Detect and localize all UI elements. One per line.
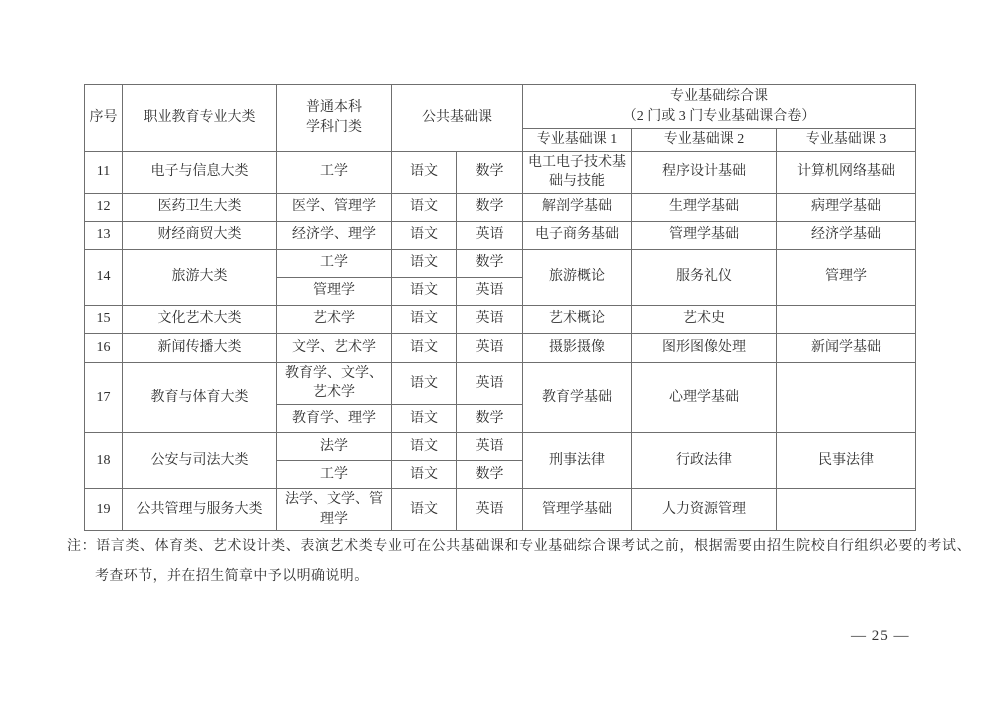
cell-course2: 人力资源管理 [632,488,777,530]
cell-course1: 电子商务基础 [523,221,632,249]
cell-course2: 行政法律 [632,432,777,488]
cell-public2: 英语 [457,305,523,333]
cell-public1: 语文 [392,249,457,277]
cell-public2: 英语 [457,221,523,249]
table-row: 13 财经商贸大类 经济学、理学 语文 英语 电子商务基础 管理学基础 经济学基… [85,221,916,249]
cell-public1: 语文 [392,460,457,488]
cell-course1: 管理学基础 [523,488,632,530]
cell-course2: 程序设计基础 [632,151,777,193]
cell-discipline: 经济学、理学 [277,221,392,249]
cell-course3 [777,362,916,432]
header-discipline: 普通本科 学科门类 [277,85,392,152]
cell-course1: 教育学基础 [523,362,632,432]
footnote: 注：语言类、体育类、艺术设计类、表演艺术类专业可在公共基础课和专业基础综合课考试… [67,532,971,592]
cell-course1: 电工电子技术基础与技能 [523,151,632,193]
cell-discipline: 法学、文学、管理学 [277,488,392,530]
cell-public1: 语文 [392,151,457,193]
cell-course3: 民事法律 [777,432,916,488]
cell-public2: 英语 [457,333,523,362]
cell-course3: 病理学基础 [777,193,916,221]
cell-public2: 数学 [457,151,523,193]
cell-discipline: 文学、艺术学 [277,333,392,362]
cell-public2: 数学 [457,404,523,432]
cell-discipline: 艺术学 [277,305,392,333]
cell-course2: 服务礼仪 [632,249,777,305]
cell-course3: 新闻学基础 [777,333,916,362]
cell-course1: 艺术概论 [523,305,632,333]
cell-discipline: 医学、管理学 [277,193,392,221]
cell-seq: 11 [85,151,123,193]
cell-seq: 16 [85,333,123,362]
table-row: 16 新闻传播大类 文学、艺术学 语文 英语 摄影摄像 图形图像处理 新闻学基础 [85,333,916,362]
header-sub3: 专业基础课 3 [777,129,916,152]
cell-seq: 17 [85,362,123,432]
cell-category: 旅游大类 [123,249,277,305]
cell-category: 公安与司法大类 [123,432,277,488]
cell-public2: 数学 [457,249,523,277]
table-row: 11 电子与信息大类 工学 语文 数学 电工电子技术基础与技能 程序设计基础 计… [85,151,916,193]
cell-seq: 12 [85,193,123,221]
table-row: 14 旅游大类 工学 语文 数学 旅游概论 服务礼仪 管理学 [85,249,916,277]
cell-course2: 艺术史 [632,305,777,333]
cell-course3: 经济学基础 [777,221,916,249]
cell-discipline: 管理学 [277,277,392,305]
cell-category: 公共管理与服务大类 [123,488,277,530]
cell-course2: 生理学基础 [632,193,777,221]
cell-discipline: 教育学、文学、艺术学 [277,362,392,404]
header-seq: 序号 [85,85,123,152]
header-sub1: 专业基础课 1 [523,129,632,152]
cell-discipline: 教育学、理学 [277,404,392,432]
cell-category: 医药卫生大类 [123,193,277,221]
cell-course2: 管理学基础 [632,221,777,249]
table-row: 15 文化艺术大类 艺术学 语文 英语 艺术概论 艺术史 [85,305,916,333]
cell-discipline: 工学 [277,151,392,193]
cell-course1: 刑事法律 [523,432,632,488]
cell-course1: 旅游概论 [523,249,632,305]
cell-discipline: 法学 [277,432,392,460]
cell-public2: 英语 [457,277,523,305]
cell-public1: 语文 [392,488,457,530]
document-page: 序号 职业教育专业大类 普通本科 学科门类 公共基础课 专业基础综合课 （2 门… [0,0,1000,707]
header-public-basic: 公共基础课 [392,85,523,152]
cell-course3: 管理学 [777,249,916,305]
cell-public1: 语文 [392,362,457,404]
cell-public2: 数学 [457,460,523,488]
header-comprehensive: 专业基础综合课 （2 门或 3 门专业基础课合卷） [523,85,916,129]
cell-category: 教育与体育大类 [123,362,277,432]
cell-category: 财经商贸大类 [123,221,277,249]
cell-course3: 计算机网络基础 [777,151,916,193]
cell-public2: 英语 [457,362,523,404]
page-number: — 25 — [851,628,910,645]
cell-discipline: 工学 [277,249,392,277]
cell-category: 文化艺术大类 [123,305,277,333]
cell-public2: 英语 [457,488,523,530]
cell-category: 新闻传播大类 [123,333,277,362]
cell-public2: 数学 [457,193,523,221]
cell-course2: 图形图像处理 [632,333,777,362]
cell-public1: 语文 [392,305,457,333]
cell-public2: 英语 [457,432,523,460]
cell-public1: 语文 [392,404,457,432]
cell-public1: 语文 [392,277,457,305]
cell-seq: 15 [85,305,123,333]
cell-course3 [777,488,916,530]
cell-public1: 语文 [392,221,457,249]
cell-seq: 13 [85,221,123,249]
cell-public1: 语文 [392,432,457,460]
cell-seq: 19 [85,488,123,530]
cell-course1: 摄影摄像 [523,333,632,362]
cell-seq: 14 [85,249,123,305]
table-row: 19 公共管理与服务大类 法学、文学、管理学 语文 英语 管理学基础 人力资源管… [85,488,916,530]
header-category: 职业教育专业大类 [123,85,277,152]
cell-category: 电子与信息大类 [123,151,277,193]
cell-course3 [777,305,916,333]
cell-course2: 心理学基础 [632,362,777,432]
cell-discipline: 工学 [277,460,392,488]
cell-course1: 解剖学基础 [523,193,632,221]
cell-public1: 语文 [392,333,457,362]
table-row: 18 公安与司法大类 法学 语文 英语 刑事法律 行政法律 民事法律 [85,432,916,460]
table-row: 17 教育与体育大类 教育学、文学、艺术学 语文 英语 教育学基础 心理学基础 [85,362,916,404]
cell-public1: 语文 [392,193,457,221]
cell-seq: 18 [85,432,123,488]
exam-subjects-table: 序号 职业教育专业大类 普通本科 学科门类 公共基础课 专业基础综合课 （2 门… [84,84,916,531]
header-sub2: 专业基础课 2 [632,129,777,152]
table-row: 12 医药卫生大类 医学、管理学 语文 数学 解剖学基础 生理学基础 病理学基础 [85,193,916,221]
